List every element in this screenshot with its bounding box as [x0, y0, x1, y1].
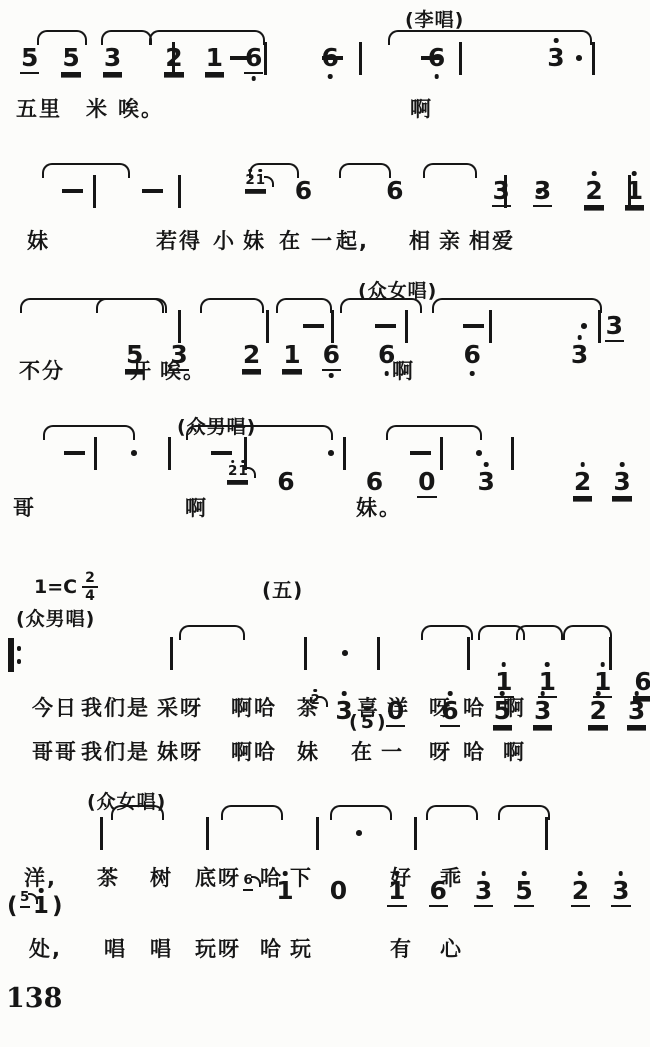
lyric-syllable: 采呀 — [157, 692, 203, 722]
octave-dot-above — [577, 335, 582, 340]
sustain-dash — [421, 56, 442, 60]
barline — [266, 310, 269, 343]
note: 1 — [205, 45, 224, 74]
tie-arc — [423, 163, 477, 178]
score: (李唱)553216663232五里米唉。啊216633216613356111… — [0, 0, 650, 87]
note-digit: 3 — [546, 45, 565, 72]
octave-dot-above — [484, 462, 489, 467]
note-digit: 2 — [584, 178, 603, 207]
barline — [489, 310, 492, 343]
note: 2 — [242, 342, 261, 371]
tie-arc — [249, 163, 299, 178]
augmentation-dot — [536, 188, 542, 194]
repeat-dots — [17, 638, 21, 672]
tie-arc — [516, 625, 563, 640]
sustain-dash — [410, 451, 431, 455]
parenthesis: ) — [377, 713, 386, 732]
octave-dot-below — [328, 74, 333, 79]
sustain-dash — [463, 324, 484, 328]
barline — [545, 817, 548, 850]
parenthesis: ) — [52, 895, 63, 918]
tie-arc — [340, 298, 422, 313]
barline — [414, 817, 417, 850]
tie-arc — [330, 805, 392, 820]
lyric-syllable: 一 — [311, 225, 334, 255]
lyric-syllable: 米 — [86, 93, 109, 123]
note-digit: 3 — [612, 469, 631, 498]
augmentation-dot — [131, 450, 137, 456]
augmentation-dot — [356, 830, 362, 836]
note-digit: 5 — [360, 713, 375, 734]
note-digit: 3 — [477, 469, 496, 496]
barline — [440, 437, 443, 470]
lyric-syllable: 我们是 — [81, 736, 150, 766]
lyric-syllable: 哈 — [260, 933, 283, 963]
octave-dot-above — [502, 662, 507, 667]
note-digit: 3 — [492, 178, 511, 207]
lyric-syllable: 啊 — [392, 355, 415, 385]
sustain-dash — [142, 189, 163, 193]
octave-dot-above — [580, 462, 585, 467]
note-digit: 6 — [385, 178, 404, 205]
sustain-dash — [64, 451, 85, 455]
augmentation-dot — [581, 323, 587, 329]
note: 0 — [329, 878, 348, 905]
lyric-syllable: 唱 — [104, 933, 127, 963]
note: 0 — [417, 469, 436, 498]
note: 3 — [570, 342, 589, 369]
tie-arc — [421, 625, 473, 640]
parenthesis: ( — [349, 713, 358, 732]
augmentation-dot — [476, 450, 482, 456]
lyric-syllable: 不分 — [19, 355, 65, 385]
note-digit: 1 — [282, 342, 301, 371]
alt-note-annotation: (5) — [349, 713, 386, 734]
grace-note: 6 — [243, 874, 253, 888]
note: 1 — [282, 342, 301, 371]
lyric-syllable: 哥哥 — [32, 736, 78, 766]
sustain-dash — [230, 56, 251, 60]
note: 5 — [61, 45, 80, 74]
lyric-syllable: 有 — [390, 933, 413, 963]
section-title: (五) — [262, 574, 303, 603]
octave-dot-above — [342, 691, 347, 696]
octave-dot-below — [251, 76, 256, 81]
lyric-syllable: 茶 — [297, 692, 320, 722]
tie-arc — [111, 805, 164, 820]
section-singer-label: (众男唱) — [16, 604, 95, 631]
lyric-syllable: 茶 — [97, 862, 120, 892]
note: 1 — [32, 895, 50, 920]
lyric-syllable: 洋 — [387, 692, 410, 722]
barline — [93, 175, 96, 208]
barline — [467, 637, 470, 670]
tie-arc — [498, 805, 550, 820]
barline — [94, 437, 97, 470]
augmentation-dot — [342, 650, 348, 656]
note: 6 — [322, 342, 341, 371]
note-digit: 6 — [276, 469, 295, 496]
note: 2 — [571, 878, 590, 907]
tie-arc — [563, 625, 612, 640]
lyric-syllable: 乖 — [440, 862, 463, 892]
barline — [592, 42, 595, 75]
note: 3 — [477, 469, 496, 496]
page-number: 138 — [6, 983, 62, 1014]
octave-dot-above — [632, 171, 637, 176]
lyric-syllable: 啊哈 — [231, 736, 277, 766]
note: 5 — [514, 878, 533, 907]
note: 3 — [492, 178, 511, 207]
octave-dot-above — [619, 871, 624, 876]
alt-note-annotation: (51) — [7, 895, 62, 920]
time-signature-denominator: 4 — [85, 588, 95, 603]
octave-dot-below — [470, 371, 475, 376]
barline — [178, 310, 181, 343]
tie-arc — [221, 805, 283, 820]
grace-note: 2 — [227, 465, 237, 479]
lyric-syllable: 唉。 — [118, 93, 164, 123]
time-signature: 2 4 — [82, 571, 98, 603]
tie-arc — [388, 30, 592, 45]
sheet-music-page: (李唱)553216663232五里米唉。啊216633216613356111… — [0, 0, 650, 1047]
note-digit: 3 — [103, 45, 122, 74]
note: 3 — [103, 45, 122, 74]
lyric-syllable: 妹呀 — [157, 736, 203, 766]
key-signature: 1=C 2 4 — [34, 571, 98, 603]
barline — [405, 310, 408, 343]
grace-note: 5 — [20, 891, 30, 905]
lyric-syllable: 相爱 — [469, 225, 515, 255]
lyric-syllable: 亲 — [439, 225, 462, 255]
grace-notes: 5 — [20, 891, 30, 908]
tie-arc — [96, 298, 164, 313]
note-digit: 3 — [474, 878, 493, 907]
octave-dot-above — [39, 888, 44, 893]
note: 2 — [588, 698, 607, 727]
note-digit: 5 — [514, 878, 533, 907]
tie-arc — [186, 425, 333, 440]
lyric-syllable: 一 — [381, 736, 404, 766]
lyric-syllable: 若得 — [156, 225, 202, 255]
note-digit: 3 — [533, 698, 552, 727]
lyric-syllable: 处, — [29, 933, 62, 963]
tie-arc — [149, 30, 265, 45]
sustain-dash — [62, 189, 83, 193]
lyric-syllable: 啊哈 — [231, 692, 277, 722]
barline — [304, 637, 307, 670]
note: 2 — [584, 178, 603, 207]
lyric-syllable: 哈 — [463, 736, 486, 766]
tie-arc — [101, 30, 152, 45]
barline — [316, 817, 319, 850]
lyric-syllable: 玩 — [290, 933, 313, 963]
barline — [170, 637, 173, 670]
octave-dot-above — [522, 871, 527, 876]
lyric-syllable: 在 — [351, 736, 374, 766]
lyric-syllable: 唉。 — [160, 355, 206, 385]
tie-arc — [339, 163, 391, 178]
note-digit: 3 — [605, 313, 624, 342]
octave-dot-above — [540, 691, 545, 696]
barline — [100, 817, 103, 850]
lyric-syllable: 今日 — [32, 692, 78, 722]
octave-dot-above — [634, 691, 639, 696]
lyric-syllable: 起, — [336, 225, 369, 255]
barline — [178, 175, 181, 208]
lyric-syllable: 啊 — [410, 93, 433, 123]
tie-arc — [276, 298, 332, 313]
lyric-syllable: 妹 — [27, 225, 50, 255]
lyric-syllable: 哈 — [463, 692, 486, 722]
note: 5 — [360, 713, 375, 734]
note-digit: 2 — [573, 469, 592, 498]
sustain-dash — [303, 324, 324, 328]
note-digit: 3 — [611, 878, 630, 907]
note-digit: 6 — [462, 342, 481, 369]
barline — [264, 42, 267, 75]
barline — [172, 42, 175, 75]
note-digit: 5 — [20, 45, 39, 74]
octave-dot-above — [592, 171, 597, 176]
key-text: 1=C — [34, 576, 77, 598]
octave-dot-above — [620, 462, 625, 467]
note-digit: 1 — [205, 45, 224, 74]
barline — [331, 310, 334, 343]
octave-dot-above — [481, 871, 486, 876]
repeat-dot — [17, 646, 21, 650]
octave-dot-above — [578, 871, 583, 876]
lyric-syllable: 呀 — [429, 692, 452, 722]
note-digit: 3 — [570, 342, 589, 369]
note-digit: 0 — [329, 878, 348, 905]
grace-notes: 6 — [243, 874, 253, 891]
note: 2 — [573, 469, 592, 498]
lyric-syllable: 玩呀 — [195, 933, 241, 963]
octave-dot-above — [596, 691, 601, 696]
note: 3 — [605, 313, 624, 342]
barline — [511, 437, 514, 470]
lyric-syllable: 五里 — [16, 93, 62, 123]
lyric-syllable: 啊 — [503, 736, 526, 766]
barline — [343, 437, 346, 470]
note: 3 — [546, 45, 565, 72]
augmentation-dot — [576, 55, 582, 61]
grace-note-group: 5 — [20, 891, 30, 908]
tie-arc — [43, 425, 135, 440]
lyric-syllable: 唱 — [150, 933, 173, 963]
barline — [244, 437, 247, 470]
note-digit: 6 — [294, 178, 313, 205]
lyric-syllable: 哥 — [13, 492, 36, 522]
lyric-syllable: 呀 — [429, 736, 452, 766]
lyric-syllable: 妹 — [243, 225, 266, 255]
sustain-dash — [211, 451, 232, 455]
note-digit: 1 — [32, 895, 50, 920]
lyric-syllable: 啊 — [503, 692, 526, 722]
note-digit: 0 — [417, 469, 436, 498]
lyric-syllable: 下 — [290, 862, 313, 892]
lyric-syllable: 树 — [150, 862, 173, 892]
lyric-syllable: 心 — [440, 933, 463, 963]
lyric-syllable: 妹。 — [356, 492, 402, 522]
parenthesis: ( — [7, 895, 18, 918]
note: 3 — [627, 698, 646, 727]
tie-arc — [432, 298, 602, 313]
tie-arc — [42, 163, 130, 178]
repeat-begin-sign — [8, 638, 21, 672]
barline — [609, 637, 612, 670]
note: 6 — [276, 469, 295, 496]
repeat-dot — [17, 659, 21, 663]
octave-dot-above — [283, 871, 288, 876]
note: 3 — [612, 469, 631, 498]
octave-dot-below — [329, 373, 334, 378]
time-signature-numerator: 2 — [82, 571, 98, 588]
repeat-thick-bar — [8, 638, 14, 672]
note: 6 — [294, 178, 313, 205]
octave-dot-below — [434, 74, 439, 79]
note: 3 — [611, 878, 630, 907]
sustain-dash — [322, 56, 343, 60]
tie-arc — [37, 30, 87, 45]
note-digit: 6 — [322, 342, 341, 371]
barline — [206, 817, 209, 850]
lyric-syllable: 啊 — [185, 492, 208, 522]
note-digit: 3 — [627, 698, 646, 727]
lyric-syllable: 好 — [390, 862, 413, 892]
grace-note-group: 6 — [243, 874, 253, 891]
octave-dot-above — [600, 662, 605, 667]
octave-dot-below — [384, 371, 389, 376]
barline — [168, 437, 171, 470]
singer-label: (李唱) — [405, 5, 464, 32]
lyric-syllable: 底呀 — [195, 862, 241, 892]
lyric-syllable: 在 — [279, 225, 302, 255]
octave-dot-above — [545, 662, 550, 667]
lyric-syllable: 开 — [130, 355, 153, 385]
note: 3 — [474, 878, 493, 907]
octave-dot-above — [365, 706, 370, 711]
tie-arc — [386, 425, 482, 440]
note-digit: 5 — [61, 45, 80, 74]
lyric-syllable: 相 — [409, 225, 432, 255]
barline — [459, 42, 462, 75]
note-digit: 2 — [242, 342, 261, 371]
octave-dot-above — [231, 460, 235, 464]
note: 5 — [20, 45, 39, 74]
note-digit: 2 — [571, 878, 590, 907]
barline — [359, 42, 362, 75]
lyric-syllable: 小 — [213, 225, 236, 255]
lyric-syllable: 哈 — [260, 862, 283, 892]
barline — [598, 310, 601, 343]
note: 3 — [533, 698, 552, 727]
barline — [377, 637, 380, 670]
note: 6 — [462, 342, 481, 369]
lyric-syllable: 我们是 — [81, 692, 150, 722]
lyric-syllable: 妹 — [297, 736, 320, 766]
note: 6 — [385, 178, 404, 205]
tie-arc — [426, 805, 478, 820]
augmentation-dot — [328, 450, 334, 456]
note-digit: 2 — [588, 698, 607, 727]
tie-arc — [179, 625, 245, 640]
tie-arc — [200, 298, 264, 313]
sustain-dash — [375, 324, 396, 328]
barline — [628, 175, 631, 208]
barline — [504, 175, 507, 208]
